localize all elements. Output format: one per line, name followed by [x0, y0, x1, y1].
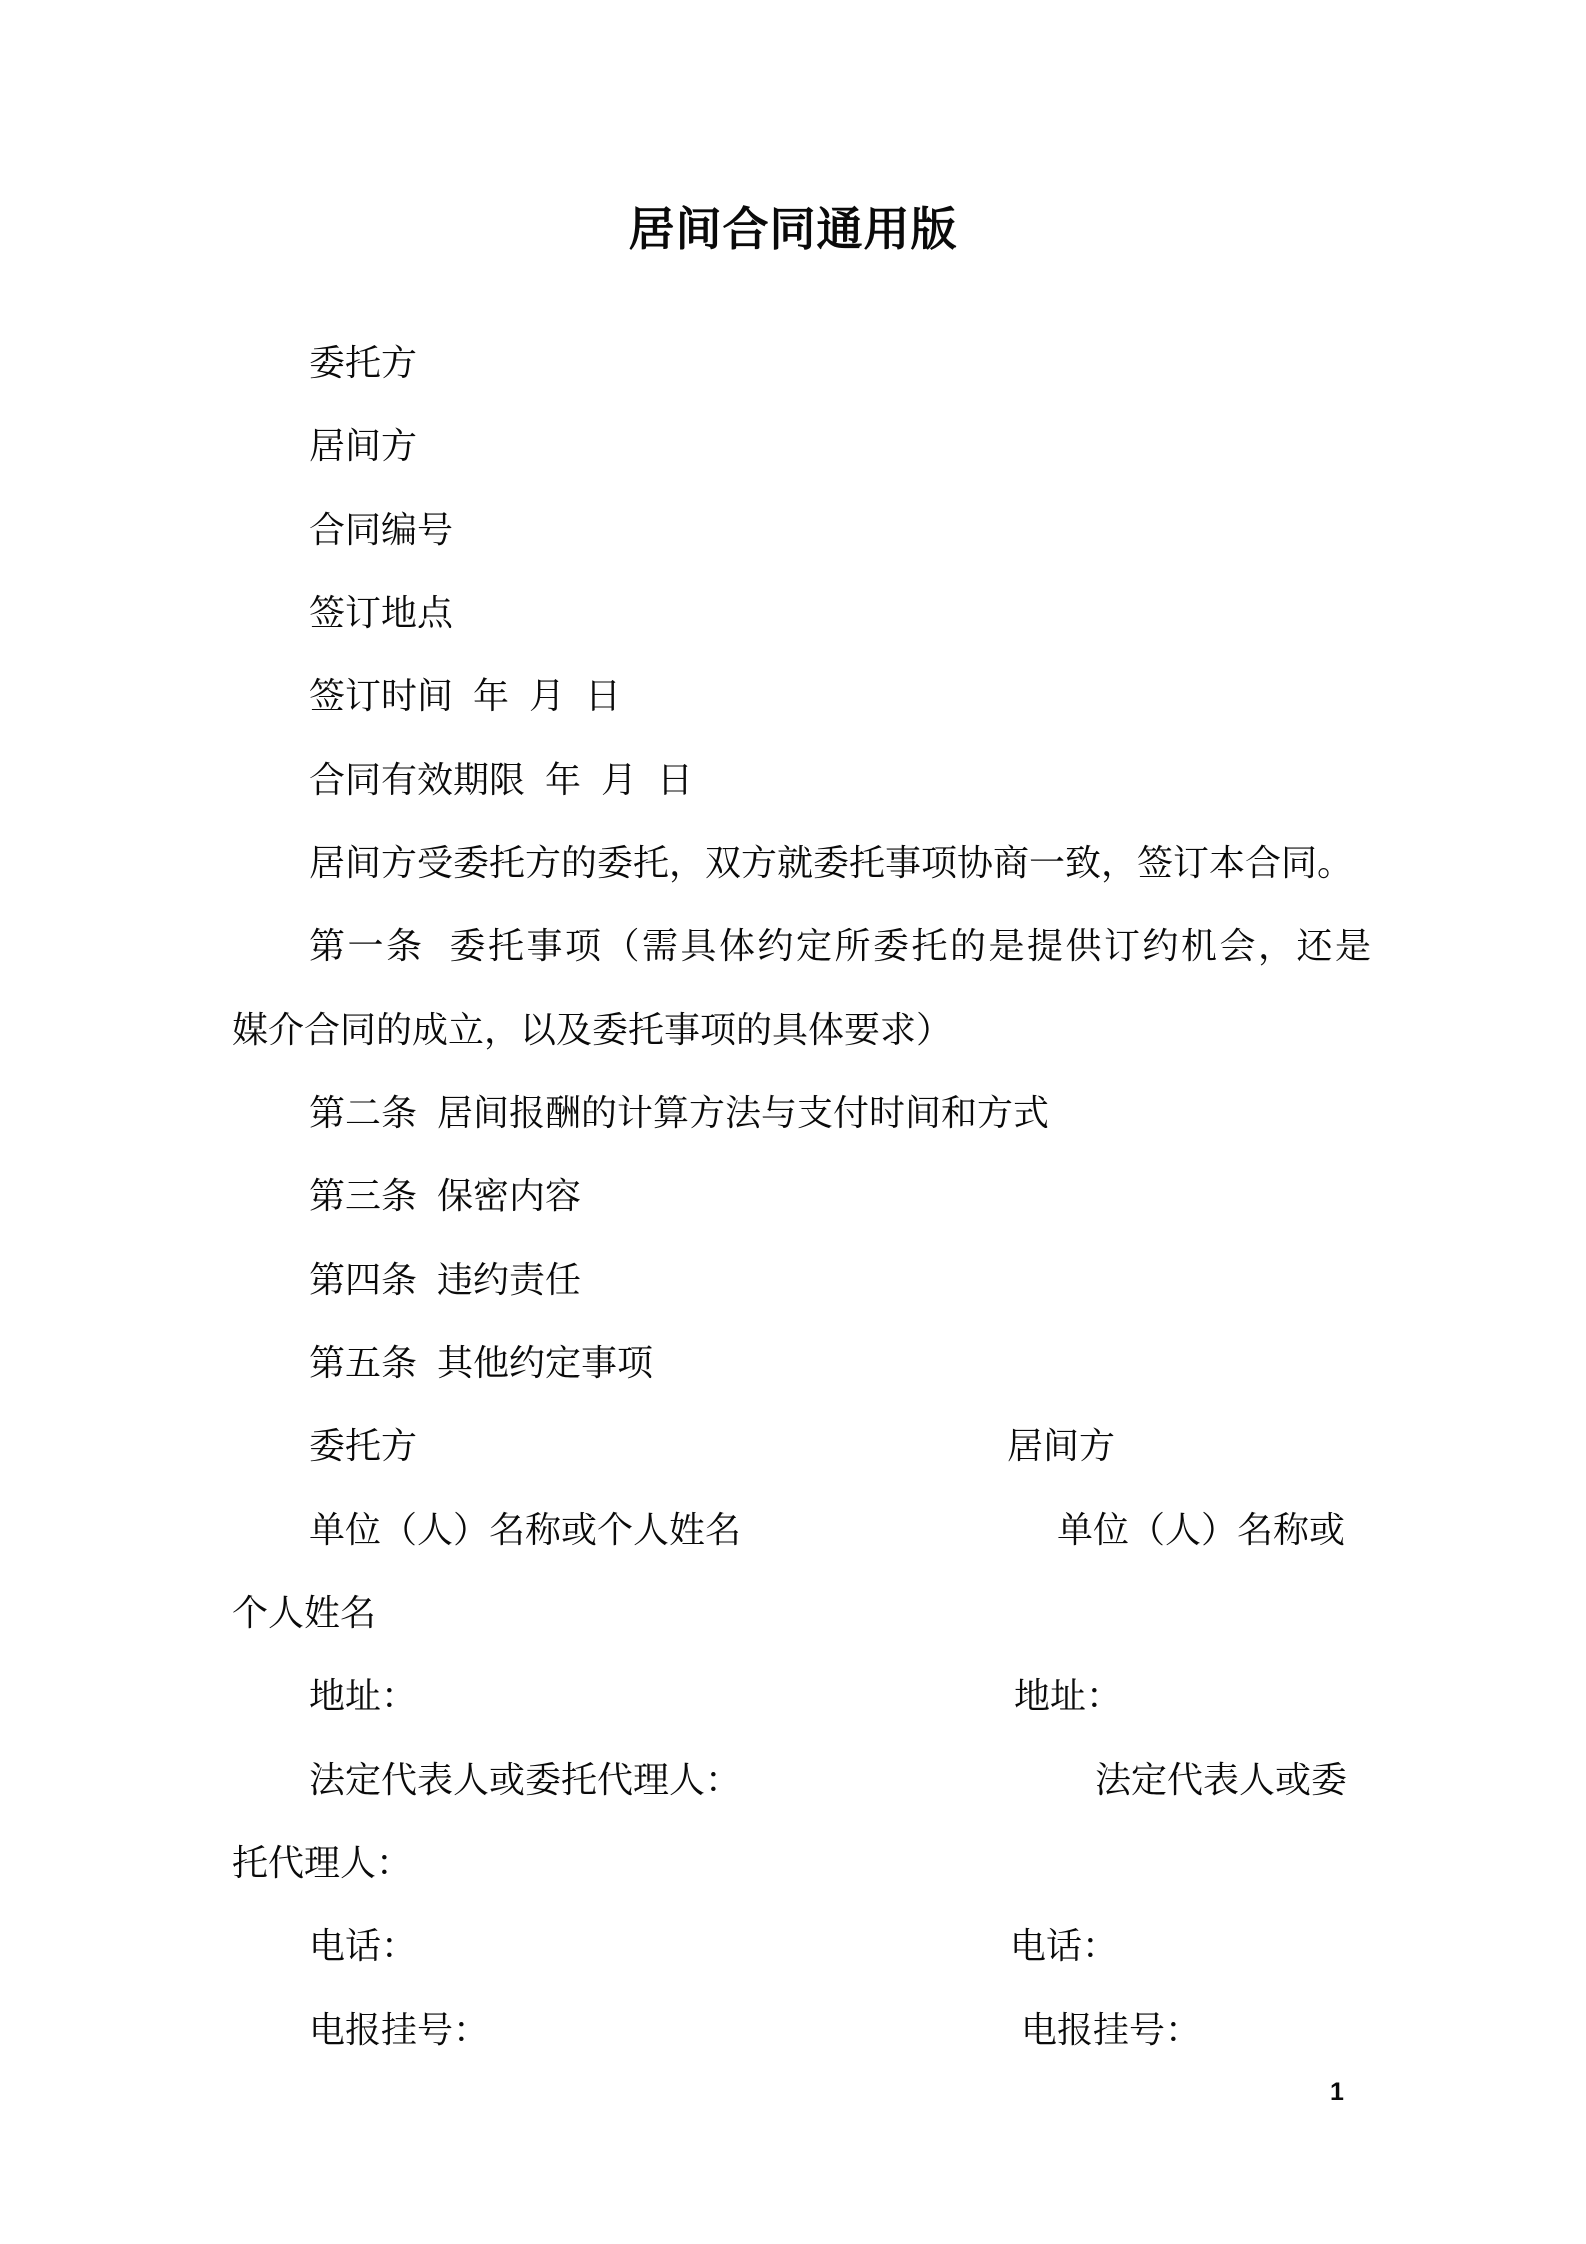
- right-col-label: 地址：: [1014, 1676, 1122, 1716]
- left-col-label: 单位（人）名称或个人姓名: [309, 1510, 741, 1550]
- a4-page: 居间合同通用版 委托方 居间方 合同编号 签订地点 签订时间 年 月 日 合同有…: [0, 0, 1586, 2244]
- right-col-label: 法定代表人或委: [1095, 1760, 1347, 1800]
- contract-line: 第三条 保密内容: [232, 1176, 1469, 1220]
- contract-line-two-col: 委托方 居间方: [232, 1426, 1392, 1470]
- left-col-label: 法定代表人或委托代理人：: [309, 1760, 741, 1800]
- right-col-label: 单位（人）名称或: [1057, 1510, 1345, 1550]
- contract-line: 居间方: [232, 426, 1469, 470]
- left-col-label: 电报挂号：: [309, 2010, 489, 2050]
- contract-line: 个人姓名: [232, 1593, 1392, 1637]
- right-col-label: 电报挂号：: [1021, 2010, 1201, 2050]
- contract-line: 第一条 委托事项（需具体约定所委托的是提供订约机会，还是: [232, 926, 1469, 970]
- contract-line-two-col: 电话： 电话：: [232, 1926, 1392, 1970]
- contract-line: 签订地点: [232, 593, 1469, 637]
- contract-line: 签订时间 年 月 日: [232, 676, 1469, 720]
- right-col-label: 居间方: [1007, 1426, 1115, 1466]
- contract-line: 第四条 违约责任: [232, 1260, 1469, 1304]
- contract-line: 居间方受委托方的委托，双方就委托事项协商一致，签订本合同。: [232, 843, 1469, 887]
- page-number: 1: [1330, 2078, 1344, 2106]
- contract-line: 第五条 其他约定事项: [232, 1343, 1469, 1387]
- contract-line-two-col: 电报挂号： 电报挂号：: [232, 2010, 1392, 2054]
- contract-line: 托代理人：: [232, 1843, 1392, 1887]
- left-col-label: 委托方: [309, 1426, 417, 1466]
- left-col-label: 电话：: [309, 1926, 417, 1966]
- contract-line: 委托方: [232, 343, 1469, 387]
- document-title: 居间合同通用版: [0, 203, 1586, 255]
- contract-line: 媒介合同的成立，以及委托事项的具体要求）: [232, 1010, 1392, 1054]
- right-col-label: 电话：: [1010, 1926, 1118, 1966]
- contract-line-two-col: 单位（人）名称或个人姓名 单位（人）名称或: [232, 1510, 1392, 1554]
- contract-line: 合同编号: [232, 510, 1469, 554]
- contract-line-two-col: 地址： 地址：: [232, 1676, 1392, 1720]
- left-col-label: 地址：: [309, 1676, 417, 1716]
- contract-line-two-col: 法定代表人或委托代理人： 法定代表人或委: [232, 1760, 1392, 1804]
- contract-line: 合同有效期限 年 月 日: [232, 760, 1469, 804]
- contract-line: 第二条 居间报酬的计算方法与支付时间和方式: [232, 1093, 1469, 1137]
